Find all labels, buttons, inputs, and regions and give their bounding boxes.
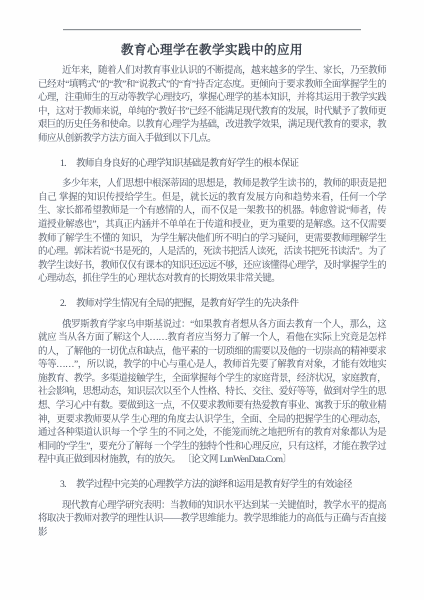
section-2-heading-text: 教师对学生情况有全局的把握，是教育好学生的先决条件: [76, 299, 299, 309]
section-2-number: 2.: [60, 298, 66, 312]
section-1-paragraph: 多少年来，人们思想中根深蒂固的思想是，教师是教学生读书的，教师的职责是把自己 掌…: [38, 178, 386, 287]
section-2-paragraph: 俄罗斯教育学家乌申斯基说过：“如果教育者想从各方面去教育一个人，那么，这就应 当…: [38, 319, 386, 469]
section-1-heading: 1.教师自身良好的心理学知识基础是教育好学生的根本保证: [38, 158, 386, 172]
section-3-heading: 3.教学过程中完美的心理教学方法的演绎和运用是教育好学生的有效途径: [38, 479, 386, 493]
section-2-body-text: 俄罗斯教育学家乌申斯基说过：“如果教育者想从各方面去教育一个人，那么，这就应 当…: [38, 320, 386, 466]
document-page: 教育心理学在教学实践中的应用 近年来，随着人们对教育事业认识的不断提高，越来越多…: [0, 0, 424, 600]
section-2-heading: 2.教师对学生情况有全局的把握，是教育好学生的先决条件: [38, 298, 386, 312]
section-3-number: 3.: [60, 479, 66, 493]
section-1-heading-text: 教师自身良好的心理学知识基础是教育好学生的根本保证: [76, 159, 299, 169]
page-title: 教育心理学在教学实践中的应用: [0, 40, 424, 58]
section-1-number: 1.: [60, 158, 66, 172]
watermark-note: 〔论文网 LunWenData.Com〕: [182, 455, 291, 465]
document-body: 近年来，随着人们对教育事业认识的不断提高，越来越多的学生、家长，乃至教师已经对“…: [38, 65, 386, 540]
section-3-heading-text: 教学过程中完美的心理教学方法的演绎和运用是教育好学生的有效途径: [76, 480, 352, 490]
intro-paragraph: 近年来，随着人们对教育事业认识的不断提高，越来越多的学生、家长，乃至教师已经对“…: [38, 65, 386, 147]
page-top-divider: [63, 29, 361, 30]
section-3-paragraph: 现代教育心理学研究表明：当教师的知识水平达到某一关键值时，教学水平的提高将取决于…: [38, 500, 386, 541]
